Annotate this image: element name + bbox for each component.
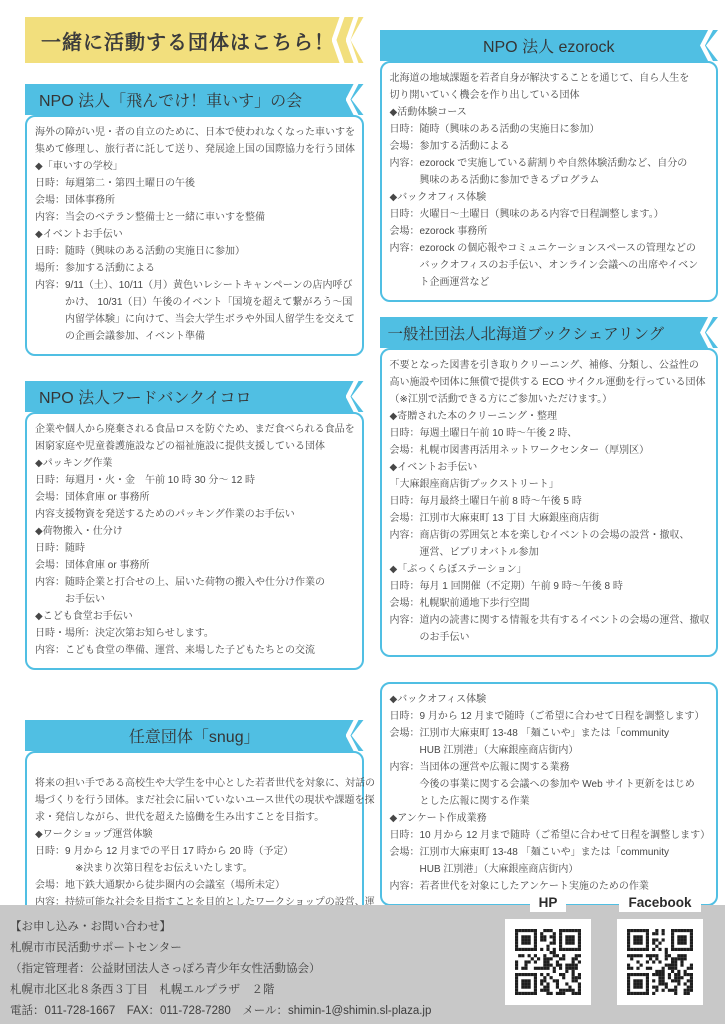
text-line: 日時：随時（興味のある活動の実施日に参加） xyxy=(35,243,357,260)
footer: 【お申し込み・お問い合わせ】 札幌市市民活動サポートセンター（指定管理者：公益財… xyxy=(0,905,725,1024)
contact-lines: 札幌市市民活動サポートセンター（指定管理者：公益財団法人さっぽろ青少年女性活動協… xyxy=(10,938,505,1022)
text-line: 内容：道内の読書に関する情報を共有するイベントの会場の運営、撤収 xyxy=(390,612,712,629)
top-banner: 一緒に活動する団体はこちら！ xyxy=(25,17,364,63)
text-line: 会場：ezorock 事務所 xyxy=(390,223,712,240)
text-line: かけ、 10/31（日）午後のイベント「国境を超えて繋がろう～国 xyxy=(35,294,357,311)
text-line: ※決まり次第日程をお伝えいたします。 xyxy=(35,860,357,877)
section-body-snug-continued: ◆バックオフィス体験日時：9 月から 12 月まで随時（ご希望に合わせて日程を調… xyxy=(380,682,719,906)
text-line: のお手伝い xyxy=(390,629,712,646)
ribbon-notch-icon xyxy=(332,17,345,63)
text-line: 切り開いていく機会を作り出している団体 xyxy=(390,87,712,104)
qr-facebook: Facebook xyxy=(617,893,703,1005)
text-line: 日時：9 月から 12 月まで随時（ご希望に合わせて日程を調整します） xyxy=(390,708,712,725)
top-banner-title: 一緒に活動する団体はこちら！ xyxy=(41,26,335,55)
text-line: ◆活動体験コース xyxy=(390,104,712,121)
text-line: 「大麻銀座商店街ブックストリート」 xyxy=(390,476,712,493)
section-title: 一般社団法人北海道ブックシェアリング xyxy=(388,322,665,344)
section-header-snug: 任意団体「snug」 xyxy=(25,720,364,751)
text-line: ◆こども食堂お手伝い xyxy=(35,608,357,625)
text-line: 内容：随時企業と打合せの上、届いた荷物の搬入や仕分け作業の xyxy=(35,574,357,591)
text-line: ◆荷物搬入・仕分け xyxy=(35,523,357,540)
text-line: 場づくりを行う団体。まだ社会に届いていないユース世代の現状や課題を探 xyxy=(35,792,357,809)
text-line: HUB 江別港」（大麻銀座商店街内） xyxy=(390,861,712,878)
text-line: 会場：札幌市図書再活用ネットワークセンター（厚別区） xyxy=(390,442,712,459)
text-line: ◆アンケート作成業務 xyxy=(390,810,712,827)
qr-facebook-frame xyxy=(617,919,703,1005)
text-line: 会場：団体倉庫 or 事務所 xyxy=(35,489,357,506)
ribbon-notch-icon xyxy=(346,17,359,63)
text-line: お手伝い xyxy=(35,591,357,608)
text-line: 日時：毎月 1 回開催（不定期）午前 9 時～午後 8 時 xyxy=(390,578,712,595)
text-line: 求・発信しながら、世代を超えた協働を生み出すことを目指す。 xyxy=(35,809,357,826)
contact-line: 札幌市市民活動サポートセンター xyxy=(10,938,505,959)
text-line: 会場：地下鉄大通駅から徒歩圏内の会議室（場所未定） xyxy=(35,877,357,894)
section-body-foodbank: 企業や個人から廃棄される食品ロスを防ぐため、まだ食べられる食品を困窮家庭や児童養… xyxy=(25,412,364,670)
section-ezorock: NPO 法人 ezorock 北海道の地域課題を若者自身が解決することを通じて、… xyxy=(380,30,719,302)
text-line: 企業や個人から廃棄される食品ロスを防ぐため、まだ食べられる食品を xyxy=(35,421,357,438)
text-line: ト企画運営など xyxy=(390,274,712,291)
text-line: ◆イベントお手伝い xyxy=(390,459,712,476)
contact-heading: 【お申し込み・お問い合わせ】 xyxy=(10,917,505,938)
text-line: 内留学体験」に向けて、当会大学生ボラや外国人留学生を交えて xyxy=(35,311,357,328)
text-line: 会場：団体事務所 xyxy=(35,192,357,209)
section-wheelchair: NPO 法人「飛んでけ！車いす」の会 海外の障がい児・者の自立のために、日本で使… xyxy=(25,84,364,356)
qr-code-facebook-icon xyxy=(627,929,693,995)
ribbon-notch-icon xyxy=(346,84,359,115)
content-columns: 一緒に活動する団体はこちら！ NPO 法人「飛んでけ！車いす」の会 海外の障がい… xyxy=(0,0,725,939)
section-title: NPO 法人 ezorock xyxy=(483,34,615,57)
section-header-booksharing: 一般社団法人北海道ブックシェアリング xyxy=(380,317,719,348)
text-line: とした広報に関する作業 xyxy=(390,793,712,810)
text-line: 内容：9/11（土）、10/11（月）黄色いレシートキャンペーンの店内呼び xyxy=(35,277,357,294)
contact-info: 【お申し込み・お問い合わせ】 札幌市市民活動サポートセンター（指定管理者：公益財… xyxy=(0,905,505,1022)
text-line: 会場：団体倉庫 or 事務所 xyxy=(35,557,357,574)
text-line: 集めて修理し、旅行者に託して送り、発展途上国の国際協力を行う団体 xyxy=(35,141,357,158)
text-line: 今後の事業に関する会議への参加や Web サイト更新をはじめ xyxy=(390,776,712,793)
qr-hp-frame xyxy=(505,919,591,1005)
text-line: 日時：火曜日～土曜日（興味のある内容で日程調整します。） xyxy=(390,206,712,223)
text-line: 会場：江別市大麻東町 13-48 「麺こいや」または「community xyxy=(390,844,712,861)
contact-line: （指定管理者：公益財団法人さっぽろ青少年女性活動協会） xyxy=(10,959,505,980)
text-line: 困窮家庭や児童養護施設などの福祉施設に提供支援している団体 xyxy=(35,438,357,455)
text-line: ◆バックオフィス体験 xyxy=(390,691,712,708)
section-booksharing: 一般社団法人北海道ブックシェアリング 不要となった図書を引き取りクリーニング、補… xyxy=(380,317,719,657)
text-line: 将来の担い手である高校生や大学生を中心とした若者世代を対象に、対話の xyxy=(35,775,357,792)
text-line: 内容：こども食堂の準備、運営、来場した子どもたちとの交流 xyxy=(35,642,357,659)
text-line: 会場：参加する活動による xyxy=(390,138,712,155)
text-line: 日時：9 月から 12 月までの平日 17 時から 20 時（予定） xyxy=(35,843,357,860)
text-line: 興味のある活動に参加できるプログラム xyxy=(390,172,712,189)
text-line: HUB 江別港」（大麻銀座商店街内） xyxy=(390,742,712,759)
text-line: の企画会議参加、イベント準備 xyxy=(35,328,357,345)
text-line: 日時：毎週第二・第四土曜日の午後 xyxy=(35,175,357,192)
section-title: NPO 法人「飛んでけ！車いす」の会 xyxy=(39,88,302,111)
flyer-page: { "banner": { "title": "一緒に活動する団体はこちら！" … xyxy=(0,0,725,1024)
section-foodbank: NPO 法人フードバンクイコロ 企業や個人から廃棄される食品ロスを防ぐため、まだ… xyxy=(25,381,364,670)
ribbon-notch-icon xyxy=(700,317,713,348)
text-line: 不要となった図書を引き取りクリーニング、補修、分類し、公益性の xyxy=(390,357,712,374)
section-title: 任意団体「snug」 xyxy=(129,724,260,747)
text-line: ◆バックオフィス体験 xyxy=(390,189,712,206)
section-body-wheelchair: 海外の障がい児・者の自立のために、日本で使われなくなった車いすを集めて修理し、旅… xyxy=(25,115,364,356)
text-line: ◆ワークショップ運営体験 xyxy=(35,826,357,843)
section-header-ezorock: NPO 法人 ezorock xyxy=(380,30,719,61)
qr-facebook-label: Facebook xyxy=(619,893,700,912)
section-header-foodbank: NPO 法人フードバンクイコロ xyxy=(25,381,364,412)
text-line: ◆寄贈された本のクリーニング・整理 xyxy=(390,408,712,425)
section-title: NPO 法人フードバンクイコロ xyxy=(39,385,252,408)
text-line: （※江別で活動できる方にご参加いただけます。） xyxy=(390,391,712,408)
qr-hp: HP xyxy=(505,893,591,1005)
text-line: 内容：商店街の雰囲気と本を楽しむイベントの会場の設営・撤収、 xyxy=(390,527,712,544)
text-line: 内容支援物資を発送するためのパッキング作業のお手伝い xyxy=(35,506,357,523)
text-line: 日時：毎週土曜日午前 10 時～午後 2 時、 xyxy=(390,425,712,442)
text-line: 日時：毎週月・火・金 午前 10 時 30 分～ 12 時 xyxy=(35,472,357,489)
text-line: 内容：ezorock の個応報やコミュニケーションスペースの管理などの xyxy=(390,240,712,257)
text-line: ◆「ぶっくらぼステーション」 xyxy=(390,561,712,578)
left-column: 一緒に活動する団体はこちら！ NPO 法人「飛んでけ！車いす」の会 海外の障がい… xyxy=(25,17,364,939)
text-line: 高い施設や団体に無償で提供する ECO サイクル運動を行っている団体 xyxy=(390,374,712,391)
qr-area: HP Facebook xyxy=(505,905,725,1005)
contact-line: 電話：011-728-1667 FAX：011-728-7280 メール：shi… xyxy=(10,1001,505,1022)
section-body-ezorock: 北海道の地域課題を若者自身が解決することを通じて、自ら人生を切り開いていく機会を… xyxy=(380,61,719,302)
text-line: ◆イベントお手伝い xyxy=(35,226,357,243)
text-line: 会場：札幌駅前通地下歩行空間 xyxy=(390,595,712,612)
ribbon-notch-icon xyxy=(700,30,713,61)
text-line: 場所：参加する活動による xyxy=(35,260,357,277)
contact-line: 札幌市北区北８条西３丁目 札幌エルプラザ ２階 xyxy=(10,980,505,1001)
text-line: 日時：随時（興味のある活動の実施日に参加） xyxy=(390,121,712,138)
text-line: 会場：江別市大麻東町 13-48 「麺こいや」または「community xyxy=(390,725,712,742)
qr-code-hp-icon xyxy=(515,929,581,995)
text-line: ◆「車いすの学校」 xyxy=(35,158,357,175)
text-line: 海外の障がい児・者の自立のために、日本で使われなくなった車いすを xyxy=(35,124,357,141)
text-line: 会場：江別市大麻東町 13 丁目 大麻銀座商店街 xyxy=(390,510,712,527)
text-line: 内容：ezorock で実施している薪割りや自然体験活動など、自分の xyxy=(390,155,712,172)
text-line: 内容：当団体の運営や広報に関する業務 xyxy=(390,759,712,776)
right-column: NPO 法人 ezorock 北海道の地域課題を若者自身が解決することを通じて、… xyxy=(380,17,719,906)
text-line: 日時：毎月最終土曜日午前 8 時～午後 5 時 xyxy=(390,493,712,510)
text-line: バックオフィスのお手伝い、オンライン会議への出席やイベン xyxy=(390,257,712,274)
section-header-wheelchair: NPO 法人「飛んでけ！車いす」の会 xyxy=(25,84,364,115)
text-line: 北海道の地域課題を若者自身が解決することを通じて、自ら人生を xyxy=(390,70,712,87)
text-line: 内容：当会のベテラン整備士と一緒に車いすを整備 xyxy=(35,209,357,226)
ribbon-notch-icon xyxy=(346,381,359,412)
text-line: 日時：随時 xyxy=(35,540,357,557)
text-line: 運営、ビブリオバトル参加 xyxy=(390,544,712,561)
text-line: 日時：10 月から 12 月まで随時（ご希望に合わせて日程を調整します） xyxy=(390,827,712,844)
text-line: 日時・場所：決定次第お知らせします。 xyxy=(35,625,357,642)
text-line: ◆パッキング作業 xyxy=(35,455,357,472)
section-body-booksharing: 不要となった図書を引き取りクリーニング、補修、分類し、公益性の高い施設や団体に無… xyxy=(380,348,719,657)
ribbon-notch-icon xyxy=(346,720,359,751)
qr-hp-label: HP xyxy=(530,893,567,912)
